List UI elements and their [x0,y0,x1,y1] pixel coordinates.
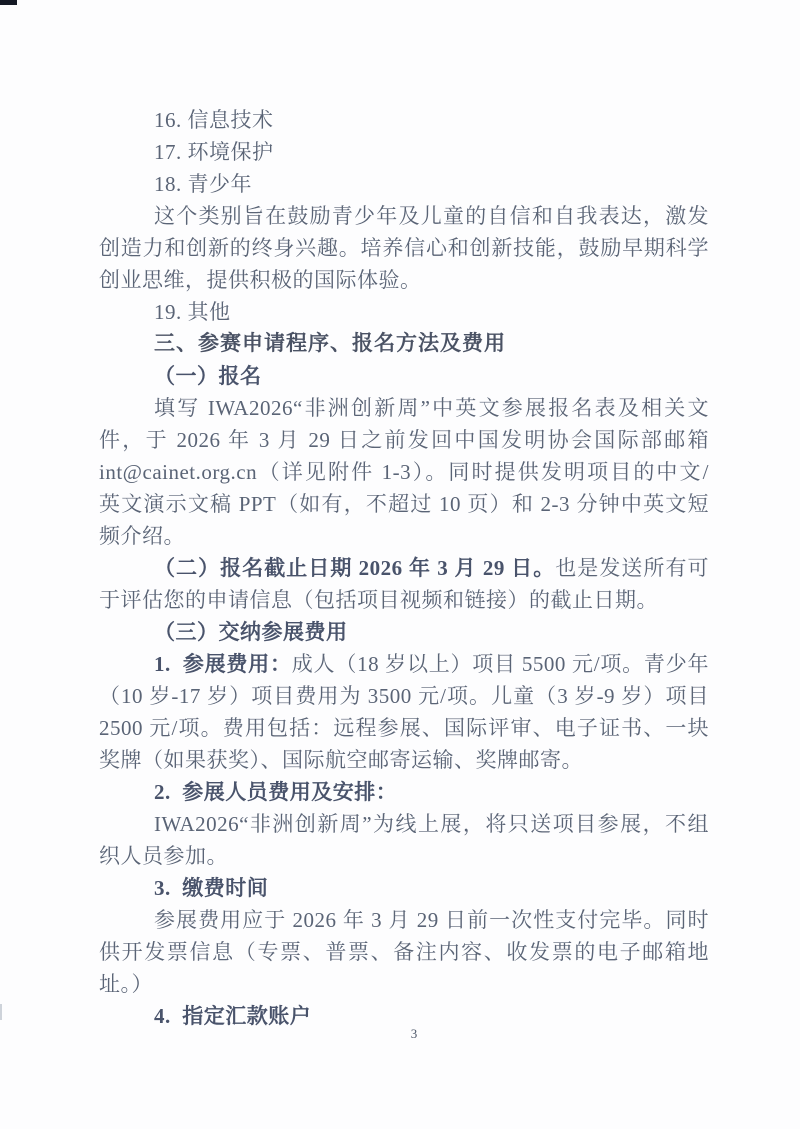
registration-paragraph-line: 英文演示文稿 PPT（如有，不超过 10 页）和 2-3 分钟中英文短视 [99,488,709,520]
section3-heading: 三、参赛申请程序、报名方法及费用 [99,328,709,360]
scan-corner-mark [0,0,17,5]
registration-paragraph-line: 件，于 2026 年 3 月 29 日之前发回中国发明协会国际部邮箱 [99,424,709,456]
subsection1-heading: （一）报名 [99,360,709,392]
fees-item2-heading: 2. 参展人员费用及安排： [99,776,709,808]
page-number: 3 [411,1026,418,1042]
fees-item3-heading: 3. 缴费时间 [99,872,709,904]
list-item-18: 18. 青少年 [99,168,709,200]
list-item-17: 17. 环境保护 [99,136,709,168]
registration-paragraph-line: int@cainet.org.cn（详见附件 1-3）。同时提供发明项目的中文/ [99,456,709,488]
fees-item1-line: （10 岁-17 岁）项目费用为 3500 元/项。儿童（3 岁-9 岁）项目 [99,680,709,712]
fees-item1-bold-lead: 1. 参展费用： [154,652,292,676]
fees-item1-line: 2500 元/项。费用包括：远程参展、国际评审、电子证书、一块 [99,712,709,744]
fees-item1-rest: 成人（18 岁以上）项目 5500 元/项。青少年 [292,652,709,676]
fees-item3-line: 参展费用应于 2026 年 3 月 29 日前一次性支付完毕。同时提 [99,904,709,936]
youth-paragraph-line: 创业思维，提供积极的国际体验。 [99,264,709,296]
subsection3-heading: （三）交纳参展费用 [99,616,709,648]
fees-item3-line: 供开发票信息（专票、普票、备注内容、收发票的电子邮箱地 [99,936,709,968]
youth-paragraph-line: 创造力和创新的终身兴趣。培养信心和创新技能，鼓励早期科学和 [99,232,709,264]
fees-item2-line: IWA2026“非洲创新周”为线上展，将只送项目参展，不组 [99,808,709,840]
document-body: 16. 信息技术 17. 环境保护 18. 青少年 这个类别旨在鼓励青少年及儿童… [99,104,709,1032]
youth-paragraph-line: 这个类别旨在鼓励青少年及儿童的自信和自我表达，激发对 [99,200,709,232]
fees-item1-line: 奖牌（如果获奖）、国际航空邮寄运输、奖牌邮寄。 [99,744,709,776]
fees-item2-line: 织人员参加。 [99,840,709,872]
registration-paragraph-line: 频介绍。 [99,520,709,552]
list-item-19: 19. 其他 [99,296,709,328]
fees-item3-line: 址。） [99,968,709,1000]
deadline-line: 于评估您的申请信息（包括项目视频和链接）的截止日期。 [99,584,709,616]
fees-item1-line: 1. 参展费用：成人（18 岁以上）项目 5500 元/项。青少年 [99,648,709,680]
document-page: 16. 信息技术 17. 环境保护 18. 青少年 这个类别旨在鼓励青少年及儿童… [0,0,800,1129]
scan-edge-mark [0,1004,2,1020]
deadline-line: （二）报名截止日期 2026 年 3 月 29 日。也是发送所有可用 [99,552,709,584]
deadline-bold-lead: （二）报名截止日期 2026 年 3 月 29 日。 [154,556,555,580]
fees-item4-heading: 4. 指定汇款账户 [99,1000,709,1032]
list-item-16: 16. 信息技术 [99,104,709,136]
registration-paragraph-line: 填写 IWA2026“非洲创新周”中英文参展报名表及相关文 [99,392,709,424]
